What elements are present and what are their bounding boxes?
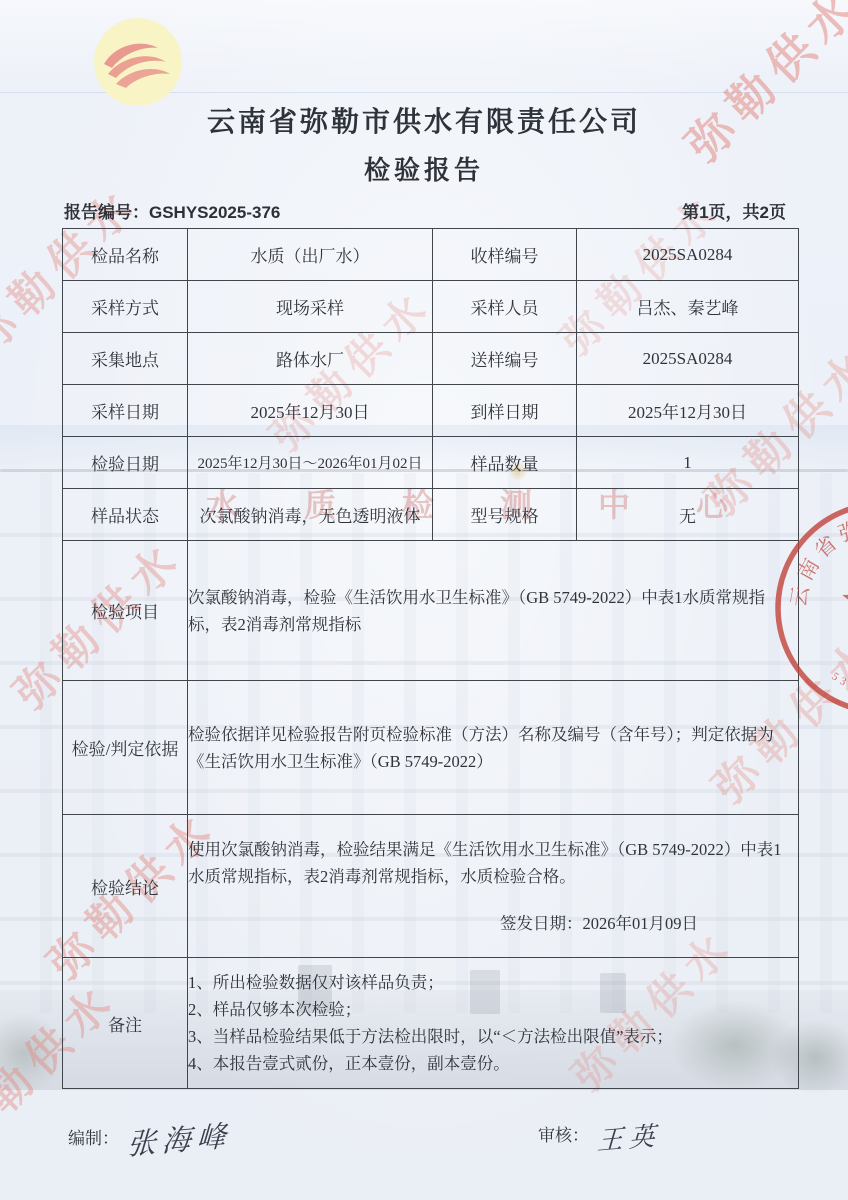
cell-value: 使用次氯酸钠消毒，检验结果满足《生活饮用水卫生标准》（GB 5749-2022）…: [188, 815, 799, 958]
conclusion-text: 使用次氯酸钠消毒，检验结果满足《生活饮用水卫生标准》（GB 5749-2022）…: [188, 836, 798, 890]
report-number-value: GSHYS2025-376: [149, 203, 280, 222]
reviewed-by-signature: 王英: [596, 1115, 662, 1158]
cell-value: 次氯酸钠消毒，检验《生活饮用水卫生标准》（GB 5749-2022）中表1水质常…: [188, 541, 799, 681]
document-title: 检验报告: [0, 150, 848, 187]
cell-value: 路体水厂: [188, 333, 433, 385]
cell-label: 检验项目: [63, 541, 188, 681]
table-row: 检验日期 2025年12月30日～2026年01月02日 样品数量 1: [63, 437, 799, 489]
report-number-label: 报告编号：: [64, 203, 149, 222]
report-number: 报告编号：GSHYS2025-376: [64, 198, 280, 223]
table-row: 样品状态 次氯酸钠消毒，无色透明液体 型号规格 无: [63, 489, 799, 541]
cell-label: 采样方式: [63, 281, 188, 333]
table-row: 检品名称 水质（出厂水） 收样编号 2025SA0284: [63, 229, 799, 281]
cell-label: 采样日期: [63, 385, 188, 437]
reviewed-by-label: 审核：: [538, 1126, 589, 1145]
cell-label: 送样编号: [433, 333, 577, 385]
prepared-by: 编制：张海峰: [68, 1118, 232, 1159]
cell-value: 2025SA0284: [577, 229, 799, 281]
cell-value: 现场采样: [188, 281, 433, 333]
cell-value: 检验依据详见检验报告附页检验标准（方法）名称及编号（含年号）；判定依据为《生活饮…: [188, 681, 799, 815]
seal-code-number: 532526: [830, 670, 848, 697]
cell-label: 检品名称: [63, 229, 188, 281]
cell-value: 吕杰、秦艺峰: [577, 281, 799, 333]
report-meta-line: 报告编号：GSHYS2025-376 第1页，共2页: [64, 198, 786, 223]
scanned-inspection-report-page: 水质检测中心 弥勒供水 弥勒供水 弥勒供水 弥勒供水 弥勒供水 弥勒供水 弥勒供…: [0, 0, 848, 1200]
cell-value: 2025SA0284: [577, 333, 799, 385]
cell-label: 样品状态: [63, 489, 188, 541]
remark-line: 1、所出检验数据仅对该样品负责；: [188, 969, 798, 996]
cell-value: 水质（出厂水）: [188, 229, 433, 281]
cell-label: 检验/判定依据: [63, 681, 188, 815]
cell-label: 采样人员: [433, 281, 577, 333]
reviewed-by: 审核：王英: [538, 1118, 661, 1155]
table-row: 采样日期 2025年12月30日 到样日期 2025年12月30日: [63, 385, 799, 437]
cell-value: 1: [577, 437, 799, 489]
cell-label: 采集地点: [63, 333, 188, 385]
cell-label: 收样编号: [433, 229, 577, 281]
company-logo-icon: [92, 16, 184, 108]
prepared-by-label: 编制：: [68, 1129, 119, 1148]
cell-value: 2025年12月30日: [188, 385, 433, 437]
signature-row: 编制：张海峰 审核：王英: [0, 1104, 848, 1164]
table-row-remarks: 备注 1、所出检验数据仅对该样品负责； 2、样品仅够本次检验； 3、当样品检验结…: [63, 958, 799, 1089]
remark-line: 3、当样品检验结果低于方法检出限时，以“＜方法检出限值”表示；: [188, 1023, 798, 1050]
report-table: 检品名称 水质（出厂水） 收样编号 2025SA0284 采样方式 现场采样 采…: [62, 228, 799, 1089]
company-name-title: 云南省弥勒市供水有限责任公司: [0, 100, 848, 140]
official-seal-stamp: 云南省弥勒市供水有限责任公司 532526: [740, 490, 848, 720]
cell-label: 检验结论: [63, 815, 188, 958]
photo-tree: [0, 1013, 66, 1093]
cell-label: 到样日期: [433, 385, 577, 437]
cell-value: 次氯酸钠消毒，无色透明液体: [188, 489, 433, 541]
table-row-conclusion: 检验结论 使用次氯酸钠消毒，检验结果满足《生活饮用水卫生标准》（GB 5749-…: [63, 815, 799, 958]
seal-star-icon: [842, 566, 848, 642]
cell-label: 型号规格: [433, 489, 577, 541]
cell-value: 1、所出检验数据仅对该样品负责； 2、样品仅够本次检验； 3、当样品检验结果低于…: [188, 958, 799, 1089]
table-row-inspection-items: 检验项目 次氯酸钠消毒，检验《生活饮用水卫生标准》（GB 5749-2022）中…: [63, 541, 799, 681]
cell-value: 2025年12月30日～2026年01月02日: [188, 437, 433, 489]
page-indicator: 第1页，共2页: [682, 198, 786, 223]
cell-label: 备注: [63, 958, 188, 1089]
remark-line: 2、样品仅够本次检验；: [188, 996, 798, 1023]
svg-text:532526: 532526: [830, 670, 848, 697]
prepared-by-signature: 张海峰: [126, 1113, 233, 1163]
remark-line: 4、本报告壹式贰份，正本壹份，副本壹份。: [188, 1050, 798, 1077]
cell-label: 检验日期: [63, 437, 188, 489]
table-row-judgment-basis: 检验/判定依据 检验依据详见检验报告附页检验标准（方法）名称及编号（含年号）；判…: [63, 681, 799, 815]
sign-date: 签发日期：2026年01月09日: [188, 910, 798, 937]
table-row: 采集地点 路体水厂 送样编号 2025SA0284: [63, 333, 799, 385]
cell-value: 2025年12月30日: [577, 385, 799, 437]
table-row: 采样方式 现场采样 采样人员 吕杰、秦艺峰: [63, 281, 799, 333]
watermark-text: 弥勒供水: [669, 0, 848, 175]
cell-label: 样品数量: [433, 437, 577, 489]
